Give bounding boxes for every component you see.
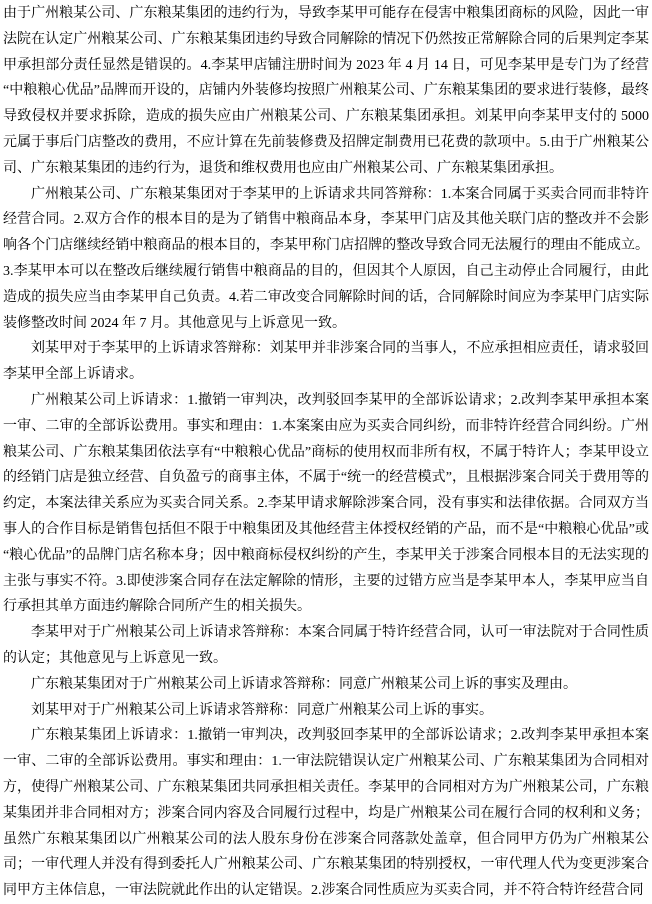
document-page: 由于广州粮某公司、广东粮某集团的违约行为，导致李某甲可能存在侵害中粮集团商标的风… — [0, 0, 652, 904]
paragraph: 广州粮某公司上诉请求：1.撤销一审判决，改判驳回李某甲的全部诉讼请求；2.改判李… — [3, 388, 649, 620]
paragraph: 由于广州粮某公司、广东粮某集团的违约行为，导致李某甲可能存在侵害中粮集团商标的风… — [3, 1, 649, 182]
paragraph: 广州粮某公司、广东粮某集团对于李某甲的上诉请求共同答辩称：1.本案合同属于买卖合… — [3, 182, 649, 337]
paragraph: 李某甲对于广州粮某公司上诉请求答辩称：本案合同属于特许经营合同，认可一审法院对于… — [3, 620, 649, 672]
paragraph: 刘某甲对于李某甲的上诉请求答辩称：刘某甲并非涉案合同的当事人，不应承担相应责任，… — [3, 336, 649, 388]
paragraph: 刘某甲对于广州粮某公司上诉请求答辩称：同意广州粮某公司上诉的事实。 — [3, 698, 649, 724]
document-body: 由于广州粮某公司、广东粮某集团的违约行为，导致李某甲可能存在侵害中粮集团商标的风… — [3, 1, 649, 904]
paragraph: 广东粮某集团对于广州粮某公司上诉请求答辩称：同意广州粮某公司上诉的事实及理由。 — [3, 672, 649, 698]
paragraph: 广东粮某集团上诉请求：1.撤销一审判决，改判驳回李某甲的全部诉讼请求；2.改判李… — [3, 723, 649, 904]
